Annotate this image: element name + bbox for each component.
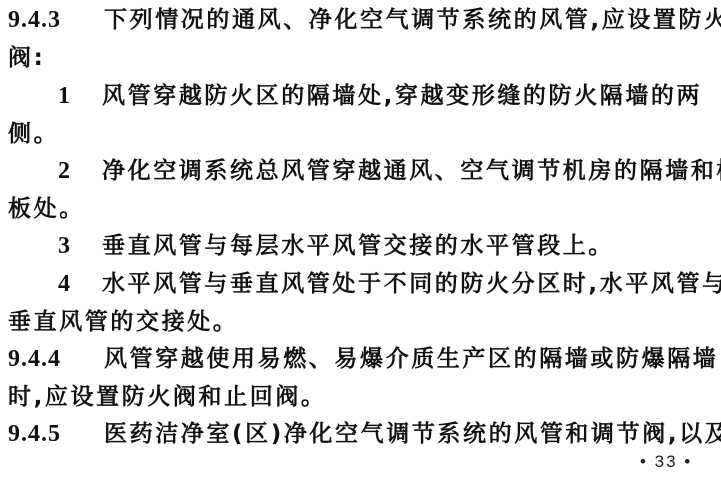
item-3-line-1: 3垂直风管与每层水平风管交接的水平管段上。: [8, 231, 614, 261]
item-2-line-1: 2净化空调系统总风管穿越通风、空气调节机房的隔墙和楼: [8, 156, 721, 186]
clause-9-4-4-line-1: 9.4.4风管穿越使用易燃、易爆介质生产区的隔墙或防爆隔墙: [8, 344, 718, 374]
item-1-line-1: 1风管穿越防火区的隔墙处,穿越变形缝的防火隔墙的两: [8, 81, 702, 111]
item-number: 4: [58, 269, 102, 299]
clause-9-4-3-line-2: 阀:: [8, 43, 45, 73]
item-4-line-2: 垂直风管的交接处。: [8, 307, 238, 337]
clause-9-4-3-line-1: 9.4.3下列情况的通风、净化空气调节系统的风管,应设置防火: [8, 5, 721, 35]
item-1-line-2: 侧。: [8, 119, 59, 149]
item-4-line-1: 4水平风管与垂直风管处于不同的防火分区时,水平风管与: [8, 269, 721, 299]
clause-number: 9.4.3: [8, 5, 104, 35]
clause-9-4-5-line-1: 9.4.5医药洁净室(区)净化空气调节系统的风管和调节阀,以及: [8, 419, 721, 449]
page-number: • 33 •: [640, 452, 692, 472]
item-number: 2: [58, 156, 102, 186]
clause-9-4-4-line-2: 时,应设置防火阀和止回阀。: [8, 382, 327, 412]
item-2-line-2: 板处。: [8, 194, 85, 224]
item-number: 1: [58, 81, 102, 111]
clause-number: 9.4.4: [8, 344, 104, 374]
clause-number: 9.4.5: [8, 419, 104, 449]
item-number: 3: [58, 231, 102, 261]
